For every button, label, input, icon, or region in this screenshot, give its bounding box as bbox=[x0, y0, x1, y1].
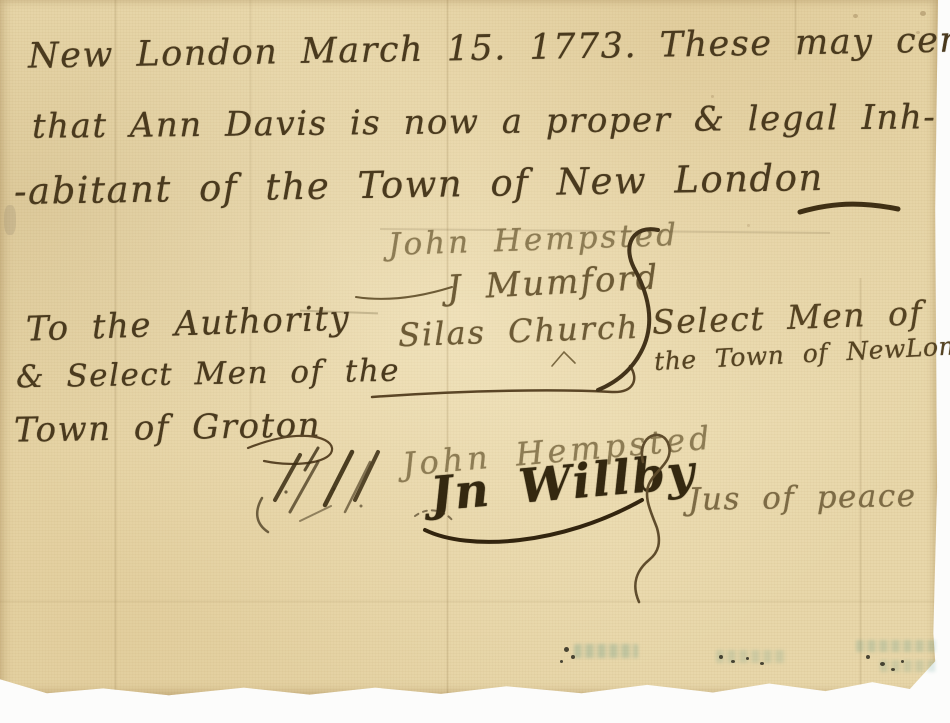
address-line2: & Select Men of the bbox=[16, 353, 401, 396]
stamp-ink-dot bbox=[719, 655, 723, 659]
fold-crease-horizontal bbox=[0, 600, 938, 603]
paper-stain bbox=[920, 11, 926, 16]
justice-title: Jus of peace bbox=[688, 478, 917, 518]
stamp-ink-dot bbox=[560, 660, 563, 663]
stamp-ink-dot bbox=[901, 660, 904, 663]
stamp-ink-dot bbox=[880, 662, 885, 666]
address-line3: Town of Groton bbox=[14, 405, 322, 450]
stamp-ink-dot bbox=[731, 660, 735, 663]
scanned-document-page: { "meta": { "description": "Handwritten … bbox=[0, 0, 950, 723]
stamp-ink-dot bbox=[891, 668, 895, 671]
stamp-ink-dot bbox=[746, 657, 749, 660]
stamp-ink-dot bbox=[866, 655, 870, 659]
faded-stamp bbox=[574, 644, 638, 658]
fold-crease-vertical bbox=[114, 0, 117, 696]
paper-stain bbox=[711, 95, 714, 98]
stamp-ink-dot bbox=[760, 662, 764, 665]
paper-stain bbox=[853, 14, 858, 18]
faded-stamp bbox=[716, 650, 786, 663]
faded-stamp bbox=[856, 640, 936, 652]
stamp-ink-dot bbox=[564, 647, 569, 652]
stamp-ink-dot bbox=[571, 655, 575, 659]
paper-stain bbox=[747, 224, 750, 227]
faded-stamp bbox=[880, 660, 936, 672]
